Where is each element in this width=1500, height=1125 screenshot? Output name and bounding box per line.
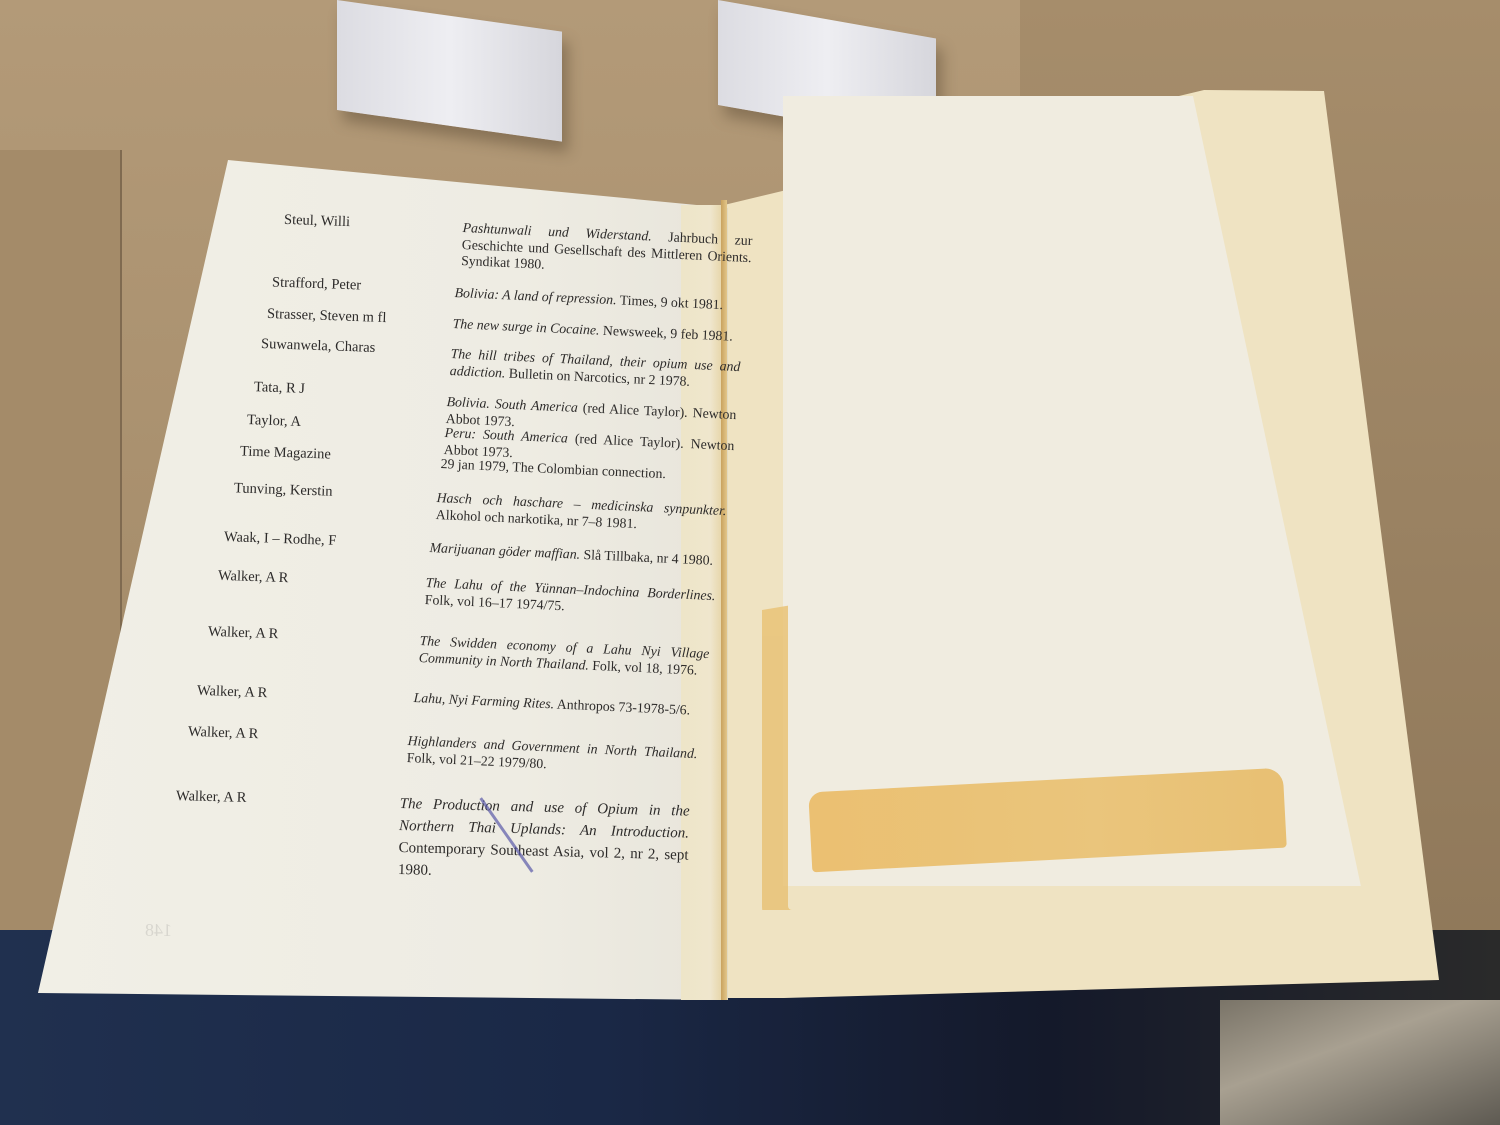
author: Steul, Willi <box>284 212 351 231</box>
author: Walker, A R <box>218 568 289 587</box>
author: Time Magazine <box>240 443 331 463</box>
paper-stack <box>1220 1000 1500 1125</box>
author: Walker, A R <box>208 624 279 643</box>
page-number-showthrough: 148 <box>145 920 172 941</box>
author: Walker, A R <box>188 724 259 743</box>
author: Taylor, A <box>247 412 302 431</box>
book-gutter <box>721 200 727 1000</box>
author: Tata, R J <box>254 379 305 398</box>
author: Strafford, Peter <box>272 274 362 294</box>
reference: The Production and use of Opium in the N… <box>398 793 690 889</box>
author: Walker, A R <box>197 683 268 702</box>
author: Tunving, Kerstin <box>234 480 333 500</box>
author: Walker, A R <box>176 788 247 807</box>
